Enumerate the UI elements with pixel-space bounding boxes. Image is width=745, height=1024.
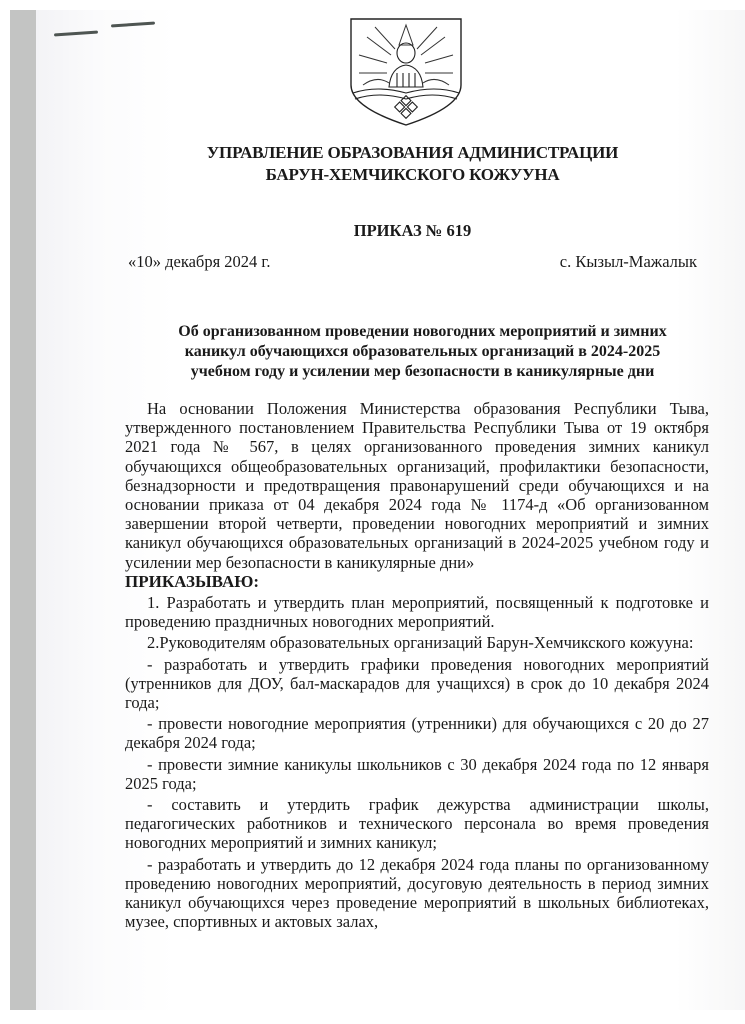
- pen-mark: [111, 21, 155, 27]
- order-place: с. Кызыл-Мажалык: [560, 252, 697, 272]
- order-body: На основании Положения Министерства обра…: [125, 399, 709, 931]
- order-subject: Об организованном проведении новогодних …: [130, 322, 715, 382]
- order-item-2: 2.Руководителям образовательных организа…: [125, 633, 709, 652]
- order-directive-word: ПРИКАЗЫВАЮ:: [125, 572, 709, 591]
- order-subitem: - составить и утердить график дежурства …: [125, 795, 709, 853]
- scan-edge-strip: [10, 10, 36, 1010]
- order-subject-line3: учебном году и усилении мер безопасности…: [130, 362, 715, 382]
- order-subitem: - провести новогодние мероприятия (утрен…: [125, 714, 709, 752]
- organization-name: УПРАВЛЕНИЕ ОБРАЗОВАНИЯ АДМИНИСТРАЦИИ БАР…: [40, 142, 745, 186]
- pen-mark: [54, 30, 98, 36]
- preamble-paragraph: На основании Положения Министерства обра…: [125, 399, 709, 572]
- order-subitem: - провести зимние каникулы школьников с …: [125, 755, 709, 793]
- order-subitem: - разработать и утвердить графики провед…: [125, 655, 709, 713]
- coat-of-arms-icon: [347, 15, 465, 127]
- order-date: «10» декабря 2024 г.: [128, 252, 270, 272]
- organization-name-line2: БАРУН-ХЕМЧИКСКОГО КОЖУУНА: [40, 164, 745, 186]
- order-subitem: - разработать и утвердить до 12 декабря …: [125, 855, 709, 932]
- order-subject-line2: каникул обучающихся образовательных орга…: [130, 342, 715, 362]
- organization-name-line1: УПРАВЛЕНИЕ ОБРАЗОВАНИЯ АДМИНИСТРАЦИИ: [40, 142, 745, 164]
- order-title: ПРИКАЗ № 619: [40, 221, 745, 241]
- order-subject-line1: Об организованном проведении новогодних …: [130, 322, 715, 342]
- order-item-1: 1. Разработать и утвердить план мероприя…: [125, 593, 709, 631]
